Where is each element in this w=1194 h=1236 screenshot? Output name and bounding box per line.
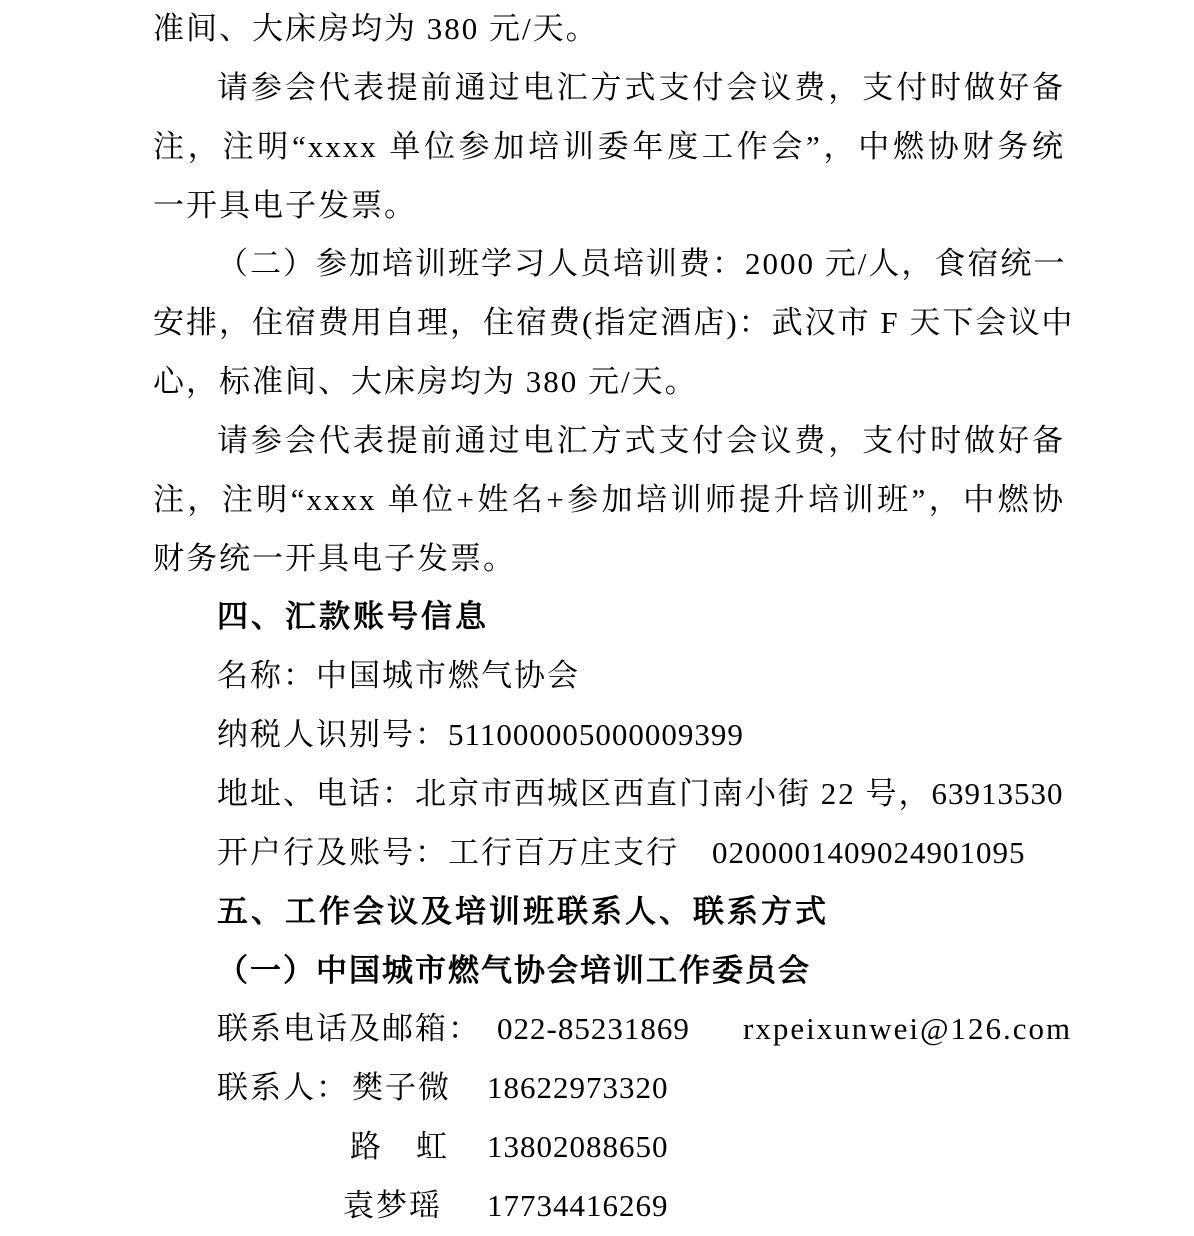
line-payment-remark-1: 注，注明“xxxx 单位参加培训委年度工作会”，中燃协财务统: [153, 118, 1065, 177]
line-taxpayer-id: 纳税人识别号：511000005000009399: [153, 706, 1065, 765]
line-invoice-note-2: 财务统一开具电子发票。: [153, 530, 1065, 589]
field-label: 联系人：: [217, 1059, 349, 1118]
heading-text: 四、汇款账号信息: [217, 599, 489, 634]
contact-name: 樊子微: [352, 1059, 451, 1118]
body-text: 安排，住宿费用自理，住宿费(指定酒店)：武汉市 F 天下会议中: [153, 305, 1074, 340]
subheading-text: （一）中国城市燃气协会培训工作委员会: [217, 953, 811, 988]
line-contact-person-1: 联系人： 樊子微 18622973320: [153, 1059, 1065, 1118]
line-account-name: 名称：中国城市燃气协会: [153, 647, 1065, 706]
line-invoice-note-1: 一开具电子发票。: [153, 177, 1065, 236]
heading-text: 五、工作会议及培训班联系人、联系方式: [217, 894, 829, 929]
body-text: 一开具电子发票。: [153, 188, 417, 223]
body-text: 请参会代表提前通过电汇方式支付会议费，支付时做好备: [217, 70, 1065, 105]
committee-subheading: （一）中国城市燃气协会培训工作委员会: [153, 942, 1065, 1001]
contact-email-value: rxpeixunwei@126.com: [743, 1000, 1072, 1059]
contact-name: 袁梦瑶: [343, 1177, 442, 1236]
contact-mobile: 17734416269: [487, 1177, 669, 1236]
contact-name: 路 虹: [350, 1118, 449, 1177]
line-payment-notice-1: 请参会代表提前通过电汇方式支付会议费，支付时做好备: [153, 59, 1065, 118]
taxpayer-id-value: 511000005000009399: [448, 717, 744, 752]
body-text: 注，注明“xxxx 单位参加培训委年度工作会”，中燃协财务统: [153, 129, 1065, 164]
body-text: 注，注明“xxxx 单位+姓名+参加培训师提升培训班”，中燃协: [153, 482, 1065, 517]
body-text: 心，标准间、大床房均为 380 元/天。: [153, 364, 698, 399]
line-training-fee: （二）参加培训班学习人员培训费：2000 元/人，食宿统一: [153, 235, 1065, 294]
line-contact-person-2: 路 虹 13802088650: [153, 1118, 1065, 1177]
line-bank-account: 开户行及账号：工行百万庄支行 0200001409024901095: [153, 824, 1065, 883]
line-payment-notice-2: 请参会代表提前通过电汇方式支付会议费，支付时做好备: [153, 412, 1065, 471]
line-contact-phone-email: 联系电话及邮箱： 022-85231869 rxpeixunwei@126.co…: [153, 1000, 1065, 1059]
body-text: （二）参加培训班学习人员培训费：2000 元/人，食宿统一: [217, 246, 1066, 281]
field-label: 地址、电话：北京市西城区西直门南小街 22 号，: [217, 776, 932, 811]
body-text: 财务统一开具电子发票。: [153, 541, 516, 576]
field-label: 联系电话及邮箱：: [217, 1000, 481, 1059]
contact-mobile: 13802088650: [487, 1118, 669, 1177]
line-payment-remark-2: 注，注明“xxxx 单位+姓名+参加培训师提升培训班”，中燃协: [153, 471, 1065, 530]
body-text: 准间、大床房均为 380 元/天。: [153, 11, 599, 46]
contact-mobile: 18622973320: [487, 1059, 669, 1118]
section-5-heading: 五、工作会议及培训班联系人、联系方式: [153, 883, 1065, 942]
body-text: 名称：中国城市燃气协会: [217, 658, 580, 693]
line-room-price-2: 心，标准间、大床房均为 380 元/天。: [153, 353, 1065, 412]
bank-account-value: 0200001409024901095: [712, 835, 1026, 870]
body-text: 请参会代表提前通过电汇方式支付会议费，支付时做好备: [217, 423, 1065, 458]
contact-phone-value: 022-85231869: [497, 1000, 690, 1059]
line-address-phone: 地址、电话：北京市西城区西直门南小街 22 号，63913530: [153, 765, 1065, 824]
field-label: 纳税人识别号：: [217, 717, 448, 752]
line-room-price-continuation: 准间、大床房均为 380 元/天。: [153, 0, 1065, 59]
line-accommodation: 安排，住宿费用自理，住宿费(指定酒店)：武汉市 F 天下会议中: [153, 294, 1065, 353]
section-4-heading: 四、汇款账号信息: [153, 588, 1065, 647]
line-contact-person-3: 袁梦瑶 17734416269: [153, 1177, 1065, 1236]
office-phone-value: 63913530: [932, 776, 1064, 811]
field-label: 开户行及账号：工行百万庄支行: [217, 835, 712, 870]
document-page: 准间、大床房均为 380 元/天。 请参会代表提前通过电汇方式支付会议费，支付时…: [153, 0, 1065, 1236]
